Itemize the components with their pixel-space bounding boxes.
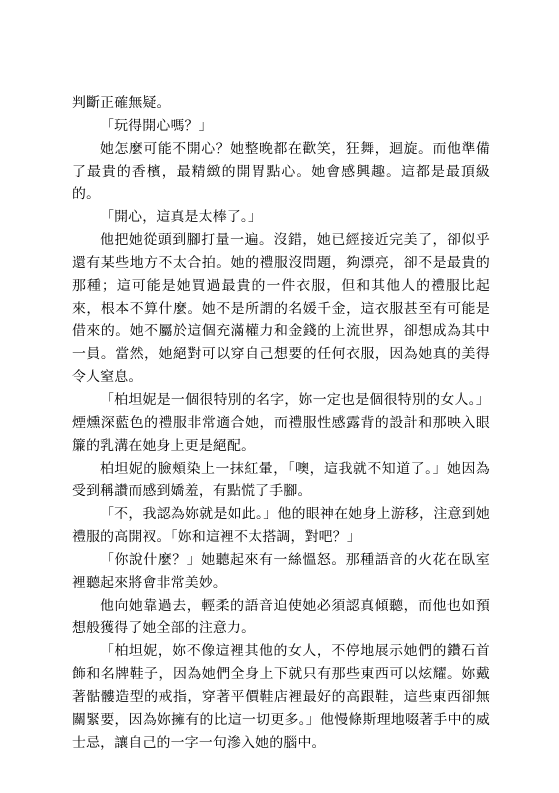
paragraph-dialogue-unlike-others: 「柏坦妮，妳不像這裡其他的女人，不停地展示她們的鑽石首飾和名牌鞋子，因為她們全身… bbox=[72, 640, 490, 754]
paragraph-dialogue-great: 「開心，這真是太棒了。」 bbox=[72, 206, 490, 229]
paragraph-narration-blush: 柏坦妮的臉頰染上一抹紅暈，「噢，這我就不知道了。」她因為受到稱讚而感到嬌羞，有點… bbox=[72, 458, 490, 504]
paragraph-narration-party: 她怎麼可能不開心？她整晚都在歡笑，狂舞，迴旋。而他準備了最貴的香檳，最精緻的開胃… bbox=[72, 138, 490, 207]
document-page: 判斷正確無疑。 「玩得開心嗎？」 她怎麼可能不開心？她整晚都在歡笑，狂舞，迴旋。… bbox=[72, 92, 490, 754]
paragraph-dialogue-dont-fit: 「不，我認為妳就是如此。」他的眼神在她身上游移，注意到她禮服的高開衩。「妳和這裡… bbox=[72, 503, 490, 549]
paragraph-verdict: 判斷正確無疑。 bbox=[72, 92, 490, 115]
paragraph-dialogue-having-fun: 「玩得開心嗎？」 bbox=[72, 115, 490, 138]
paragraph-narration-dress: 他把她從頭到腳打量一遍。沒錯，她已經接近完美了，卻似乎還有某些地方不太合拍。她的… bbox=[72, 229, 490, 389]
paragraph-narration-lean-in: 他向她靠過去，輕柔的語音迫使她必須認真傾聽，而他也如預想般獲得了她全部的注意力。 bbox=[72, 595, 490, 641]
paragraph-dialogue-special-name: 「柏坦妮是一個很特別的名字，妳一定也是個很特別的女人。」煙燻深藍色的禮服非常適合… bbox=[72, 389, 490, 458]
paragraph-dialogue-what-did-you-say: 「你說什麼？」她聽起來有一絲慍怒。那種語音的火花在臥室裡聽起來將會非常美妙。 bbox=[72, 549, 490, 595]
